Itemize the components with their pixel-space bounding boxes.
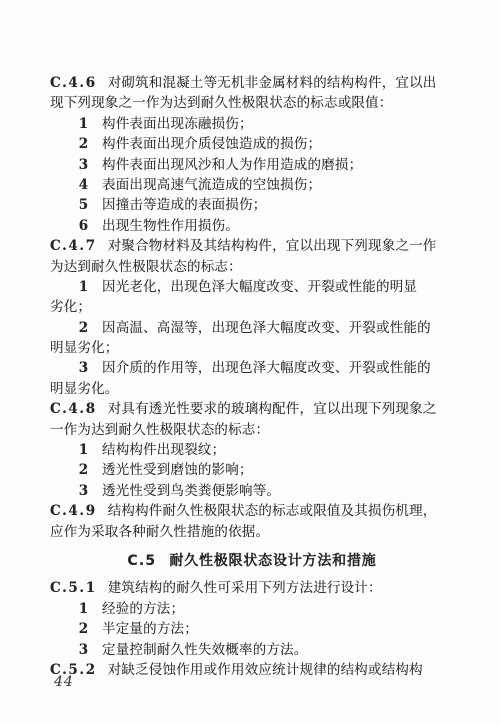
line-text: 结构构件耐久性极限状态的标志或限值及其损伤机理，	[108, 503, 437, 519]
list-item-number: 3	[78, 481, 89, 501]
line-text: 一作为达到耐久性极限状态的标志：	[50, 422, 269, 438]
line-text: 结构构件出现裂纹；	[102, 442, 225, 458]
clause-line: C.4.7对聚合物材料及其结构构件，宜以出现下列现象之一作	[50, 236, 454, 256]
list-item: 1构件表面出现冻融损伤；	[50, 114, 454, 134]
list-item-number: 2	[78, 318, 89, 338]
line-text: 构件表面出现风沙和人为作用造成的磨损；	[102, 157, 362, 173]
line-text: 表面出现高速气流造成的空蚀损伤；	[102, 177, 321, 193]
list-item-number: 5	[78, 195, 89, 215]
document-page: C.4.6对砌筑和混凝土等无机非金属材料的结构构件，宜以出现下列现象之一作为达到…	[0, 0, 500, 724]
line-text: 劣化；	[50, 299, 91, 315]
line-text: 透光性受到鸟类粪便影响等。	[102, 483, 280, 499]
list-item: 4表面出现高速气流造成的空蚀损伤；	[50, 175, 454, 195]
line-text: 明显劣化；	[50, 340, 119, 356]
list-item: 1结构构件出现裂纹；	[50, 440, 454, 460]
list-item-number: 2	[78, 134, 89, 154]
line-text: 构件表面出现介质侵蚀造成的损伤；	[102, 136, 321, 152]
clause-number-label: C.4.6	[50, 75, 97, 91]
list-item-number: 1	[78, 114, 89, 134]
clause-number-label: C.4.7	[50, 238, 97, 254]
list-item-number: 2	[78, 460, 89, 480]
list-item-number: 6	[78, 216, 89, 236]
line-text: 因介质的作用等，出现色泽大幅度改变、开裂或性能的	[102, 360, 431, 376]
line-text: 对聚合物材料及其结构构件，宜以出现下列现象之一作	[108, 238, 437, 254]
list-item-number: 1	[78, 277, 89, 297]
clause-line: C.5.2对缺乏侵蚀作用或作用效应统计规律的结构或结构构	[50, 660, 454, 680]
continuation-line: 明显劣化；	[50, 338, 454, 358]
line-text: 出现生物性作用损伤。	[102, 218, 239, 234]
list-item: 2半定量的方法；	[50, 619, 454, 639]
section-title: 耐久性极限状态设计方法和措施	[169, 553, 376, 569]
line-text: 半定量的方法；	[102, 621, 198, 637]
list-item: 3定量控制耐久性失效概率的方法。	[50, 640, 454, 660]
line-text: 为达到耐久性极限状态的标志：	[50, 259, 242, 275]
page-number: 44	[54, 674, 74, 690]
list-item-number: 3	[78, 155, 89, 175]
list-item-number: 1	[78, 440, 89, 460]
list-item-number: 1	[78, 599, 89, 619]
line-text: 对缺乏侵蚀作用或作用效应统计规律的结构或结构构	[108, 662, 423, 678]
continuation-line: 一作为达到耐久性极限状态的标志：	[50, 420, 454, 440]
clause-line: C.4.8对具有透光性要求的玻璃构配件，宜以出现下列现象之	[50, 399, 454, 419]
line-text: 构件表面出现冻融损伤；	[102, 116, 253, 132]
list-item: 3构件表面出现风沙和人为作用造成的磨损；	[50, 155, 454, 175]
clause-line: C.4.6对砌筑和混凝土等无机非金属材料的结构构件，宜以出	[50, 73, 454, 93]
line-text: 对砌筑和混凝土等无机非金属材料的结构构件，宜以出	[108, 75, 437, 91]
clause-number-label: C.5.1	[50, 580, 97, 596]
list-item: 6出现生物性作用损伤。	[50, 216, 454, 236]
line-text: 对具有透光性要求的玻璃构配件，宜以出现下列现象之	[108, 401, 437, 417]
list-item-number: 3	[78, 358, 89, 378]
line-text: 建筑结构的耐久性可采用下列方法进行设计：	[108, 580, 382, 596]
list-item-number: 3	[78, 640, 89, 660]
clause-number-label: C.4.9	[50, 503, 97, 519]
clause-line: C.5.1建筑结构的耐久性可采用下列方法进行设计：	[50, 578, 454, 598]
clause-number-label: C.4.8	[50, 401, 97, 417]
line-text: 定量控制耐久性失效概率的方法。	[102, 642, 308, 658]
line-text: 应作为采取各种耐久性措施的依据。	[50, 524, 269, 540]
list-item: 5因撞击等造成的表面损伤；	[50, 195, 454, 215]
continuation-line: 明显劣化。	[50, 379, 454, 399]
line-text: 现下列现象之一作为达到耐久性极限状态的标志或限值：	[50, 95, 393, 111]
list-item: 1经验的方法；	[50, 599, 454, 619]
line-text: 透光性受到磨蚀的影响；	[102, 462, 253, 478]
list-item: 3因介质的作用等，出现色泽大幅度改变、开裂或性能的	[50, 358, 454, 378]
list-item: 3透光性受到鸟类粪便影响等。	[50, 481, 454, 501]
line-text: 因高温、高湿等，出现色泽大幅度改变、开裂或性能的	[102, 320, 431, 336]
list-item-number: 4	[78, 175, 89, 195]
list-item: 2因高温、高湿等，出现色泽大幅度改变、开裂或性能的	[50, 318, 454, 338]
line-text: 明显劣化。	[50, 381, 119, 397]
continuation-line: 为达到耐久性极限状态的标志：	[50, 257, 454, 277]
continuation-line: 应作为采取各种耐久性措施的依据。	[50, 522, 454, 542]
continuation-line: 现下列现象之一作为达到耐久性极限状态的标志或限值：	[50, 93, 454, 113]
list-item-number: 2	[78, 619, 89, 639]
list-item: 2构件表面出现介质侵蚀造成的损伤；	[50, 134, 454, 154]
line-text: 因撞击等造成的表面损伤；	[102, 197, 266, 213]
list-item: 2透光性受到磨蚀的影响；	[50, 460, 454, 480]
clause-line: C.4.9结构构件耐久性极限状态的标志或限值及其损伤机理，	[50, 501, 454, 521]
section-heading: C.5耐久性极限状态设计方法和措施	[50, 551, 454, 571]
section-number-label: C.5	[127, 553, 156, 569]
page-content: C.4.6对砌筑和混凝土等无机非金属材料的结构构件，宜以出现下列现象之一作为达到…	[50, 73, 454, 680]
list-item: 1因光老化，出现色泽大幅度改变、开裂或性能的明显	[50, 277, 454, 297]
continuation-line: 劣化；	[50, 297, 454, 317]
line-text: 因光老化，出现色泽大幅度改变、开裂或性能的明显	[102, 279, 417, 295]
line-text: 经验的方法；	[102, 601, 184, 617]
